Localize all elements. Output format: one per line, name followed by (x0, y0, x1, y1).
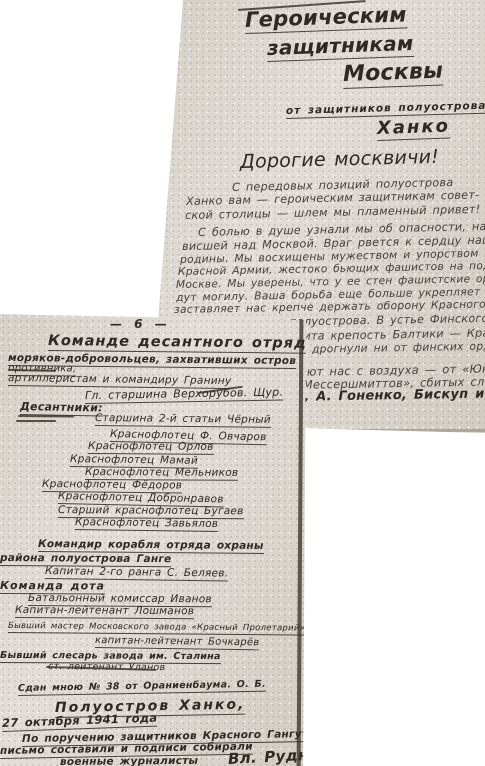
scanned-document: Героическим защитникам Москвы от защитни… (0, 0, 485, 766)
letter-title-line2: защитникам (267, 31, 414, 62)
letter-body-line: не дрогнули ни от финских орд, не (292, 339, 485, 356)
footer-date: 27 октября 1941 года (2, 711, 158, 732)
letter-salutation: Дорогие москвичи! (240, 146, 440, 173)
letter-title-line1: Героическим (245, 2, 408, 34)
officer-line: Капитан-лейтенант Лошманов (15, 604, 194, 619)
letter-from-place: Ханко (377, 115, 451, 141)
name-line: Краснофлотец Завьялов (75, 516, 218, 532)
officer-line: Сдан мною № 38 от Ораниенбаума. О. Б. (18, 679, 266, 696)
letter-title-line3: Москвы (343, 59, 444, 89)
letter-from-line: от защитников полуострова (286, 100, 485, 119)
letter-body-line: ко, А. Гоненко, Бискуп и их (286, 386, 485, 405)
ink-stroke (16, 420, 56, 422)
group-label: Десантники: (20, 400, 103, 416)
ink-stroke (18, 415, 74, 417)
page-edge-shadow (297, 318, 304, 766)
list-heading: Команде десантного отряда (48, 333, 318, 354)
commander-line: Гл. старшина Верхорубов. Щур. (85, 386, 283, 404)
page-number: — 6 — (110, 317, 170, 331)
name-line: Старшина 2-й статьи Чёрный (95, 412, 271, 428)
officer-line: Бывший мастер Московского завода «Красны… (8, 621, 305, 636)
officer-line: капитан-лейтенант Бочкарёв (95, 635, 260, 650)
footer-note: военные журналисты (60, 755, 198, 766)
list-page: — 6 — Команде десантного отряда моряков-… (0, 312, 310, 766)
